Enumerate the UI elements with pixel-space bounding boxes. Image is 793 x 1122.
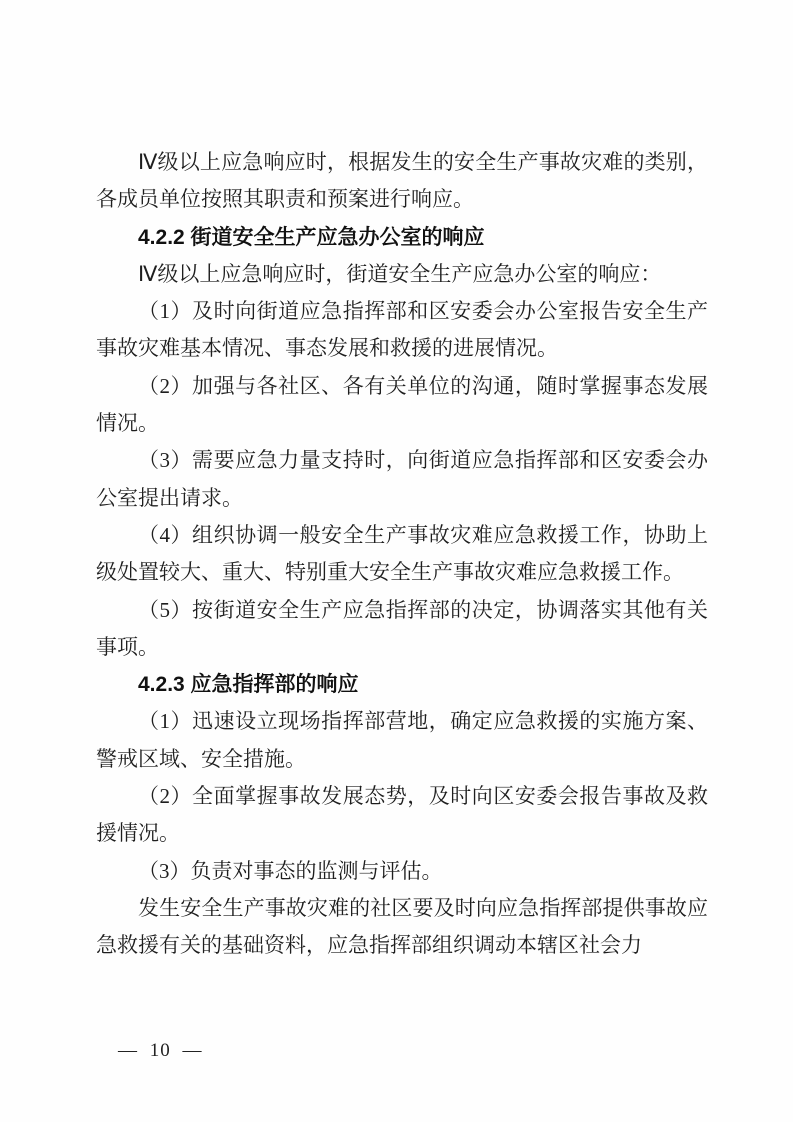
list-item-4: （4）组织协调一般安全生产事故灾难应急救援工作，协助上级处置较大、重大、特别重大… — [96, 517, 708, 592]
document-body: Ⅳ级以上应急响应时，根据发生的安全生产事故灾难的类别，各成员单位按照其职责和预案… — [96, 144, 708, 965]
list-item-3: （3）负责对事态的监测与评估。 — [96, 853, 708, 890]
list-item-3: （3）需要应急力量支持时，向街道应急指挥部和区安委会办公室提出请求。 — [96, 442, 708, 517]
paragraph: Ⅳ级以上应急响应时，街道安全生产应急办公室的响应： — [96, 256, 708, 293]
section-heading-4-2-3: 4.2.3 应急指挥部的响应 — [96, 666, 708, 703]
list-item-1: （1）及时向街道应急指挥部和区安委会办公室报告安全生产事故灾难基本情况、事态发展… — [96, 293, 708, 368]
document-page: Ⅳ级以上应急响应时，根据发生的安全生产事故灾难的类别，各成员单位按照其职责和预案… — [0, 0, 793, 1122]
paragraph: 发生安全生产事故灾难的社区要及时向应急指挥部提供事故应急救援有关的基础资料，应急… — [96, 890, 708, 965]
page-number: — 10 — — [118, 1040, 203, 1062]
list-item-1: （1）迅速设立现场指挥部营地，确定应急救援的实施方案、警戒区域、安全措施。 — [96, 703, 708, 778]
paragraph: Ⅳ级以上应急响应时，根据发生的安全生产事故灾难的类别，各成员单位按照其职责和预案… — [96, 144, 708, 219]
section-heading-4-2-2: 4.2.2 街道安全生产应急办公室的响应 — [96, 219, 708, 256]
list-item-5: （5）按街道安全生产应急指挥部的决定，协调落实其他有关事项。 — [96, 592, 708, 667]
list-item-2: （2）全面掌握事故发展态势，及时向区安委会报告事故及救援情况。 — [96, 778, 708, 853]
list-item-2: （2）加强与各社区、各有关单位的沟通，随时掌握事态发展情况。 — [96, 368, 708, 443]
